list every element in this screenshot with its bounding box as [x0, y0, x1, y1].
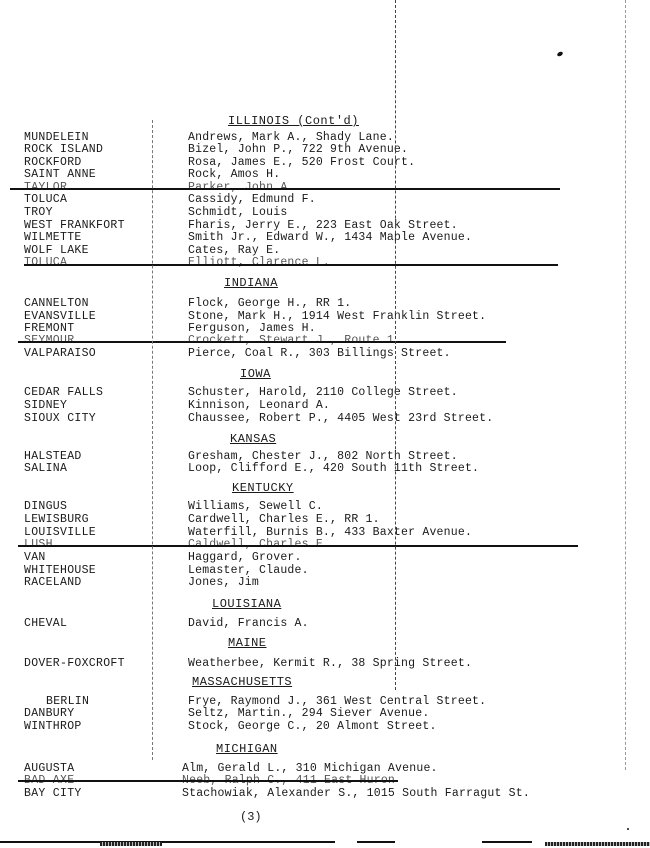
person: Chaussee, Robert P., 4405 West 23rd Stre… — [188, 412, 493, 425]
list-item: SIDNEYKinnison, Leonard A. — [0, 399, 650, 412]
person: David, Francis A. — [188, 617, 309, 630]
city: DINGUS — [24, 500, 67, 513]
strikethrough-line — [10, 188, 560, 190]
city: CEDAR FALLS — [24, 386, 103, 399]
list-item: WINTHROPStock, George C., 20 Almont Stre… — [0, 720, 650, 733]
list-item: RACELANDJones, Jim — [0, 576, 650, 589]
strikethrough-line — [18, 780, 398, 782]
list-item: WILMETTESmith Jr., Edward W., 1434 Maple… — [0, 231, 650, 244]
list-item: DINGUSWilliams, Sewell C. — [0, 500, 650, 513]
fold-line — [395, 0, 396, 690]
footer-line — [357, 841, 395, 843]
person: Kinnison, Leonard A. — [188, 399, 330, 412]
person: Weatherbee, Kermit R., 38 Spring Street. — [188, 657, 472, 670]
person: Stachowiak, Alexander S., 1015 South Far… — [182, 787, 530, 800]
person: Smith Jr., Edward W., 1434 Maple Avenue. — [188, 231, 472, 244]
page-number: (3) — [240, 810, 262, 824]
city: CANNELTON — [24, 297, 89, 310]
list-item: BAY CITYStachowiak, Alexander S., 1015 S… — [0, 787, 650, 800]
list-item: VALPARAISOPierce, Coal R., 303 Billings … — [0, 347, 650, 360]
section-header-massachusetts: MASSACHUSETTS — [192, 675, 292, 689]
person: Loop, Clifford E., 420 South 11th Street… — [188, 462, 479, 475]
margin-line — [625, 0, 626, 770]
city: TROY — [24, 206, 53, 219]
city: RACELAND — [24, 576, 82, 589]
list-item: CHEVALDavid, Francis A. — [0, 617, 650, 630]
list-item: SIOUX CITYChaussee, Robert P., 4405 West… — [0, 412, 650, 425]
city: TOLUCA — [24, 193, 67, 206]
list-item: VANHaggard, Grover. — [0, 551, 650, 564]
person: Cassidy, Edmund F. — [188, 193, 316, 206]
city: WINTHROP — [24, 720, 82, 733]
person: Schmidt, Louis — [188, 206, 287, 219]
list-item: DANBURYSeltz, Martin., 294 Siever Avenue… — [0, 707, 650, 720]
section-header-illinois: ILLINOIS (Cont'd) — [228, 114, 359, 128]
list-item: TOLUCACassidy, Edmund F. — [0, 193, 650, 206]
city: DOVER-FOXCROFT — [24, 657, 125, 670]
city: WILMETTE — [24, 231, 82, 244]
city: VAN — [24, 551, 46, 564]
list-item: LEWISBURGCardwell, Charles E., RR 1. — [0, 513, 650, 526]
person: Seltz, Martin., 294 Siever Avenue. — [188, 707, 429, 720]
person: Rock, Amos H. — [188, 168, 280, 181]
city: SIOUX CITY — [24, 412, 96, 425]
section-header-indiana: INDIANA — [224, 276, 278, 290]
scanned-document-page: ILLINOIS (Cont'd) MUNDELEINAndrews, Mark… — [0, 0, 650, 848]
list-item: TROYSchmidt, Louis — [0, 206, 650, 219]
list-item: CANNELTONFlock, George H., RR 1. — [0, 297, 650, 310]
section-header-kentucky: KENTUCKY — [232, 481, 294, 495]
person: Elliott, Clarence L. — [188, 256, 330, 269]
person: Jones, Jim — [188, 576, 259, 589]
strikethrough-line — [24, 264, 558, 266]
footer-line — [482, 841, 532, 843]
ink-speck — [627, 828, 629, 830]
list-item: CEDAR FALLSSchuster, Harold, 2110 Colleg… — [0, 386, 650, 399]
list-item-struck: TOLUCAElliott, Clarence L. — [0, 256, 650, 269]
person: Stock, George C., 20 Almont Street. — [188, 720, 437, 733]
list-item: SALINALoop, Clifford E., 420 South 11th … — [0, 462, 650, 475]
city: LEWISBURG — [24, 513, 89, 526]
person: Flock, George H., RR 1. — [188, 297, 351, 310]
city: SALINA — [24, 462, 67, 475]
city: VALPARAISO — [24, 347, 96, 360]
city: ROCK ISLAND — [24, 143, 103, 156]
city: SIDNEY — [24, 399, 67, 412]
section-header-louisiana: LOUISIANA — [212, 597, 281, 611]
person: Pierce, Coal R., 303 Billings Street. — [188, 347, 451, 360]
city: CHEVAL — [24, 617, 67, 630]
section-header-kansas: KANSAS — [230, 432, 276, 446]
person: Haggard, Grover. — [188, 551, 302, 564]
city: SAINT ANNE — [24, 168, 96, 181]
footer-mark — [545, 842, 650, 846]
ink-speck — [556, 51, 563, 57]
section-header-maine: MAINE — [228, 636, 267, 650]
city: BAY CITY — [24, 787, 82, 800]
city: TOLUCA — [24, 256, 67, 269]
person: Cardwell, Charles E., RR 1. — [188, 513, 380, 526]
list-item: SAINT ANNERock, Amos H. — [0, 168, 650, 181]
section-header-michigan: MICHIGAN — [216, 742, 278, 756]
footer-mark — [100, 842, 162, 846]
strikethrough-line — [18, 545, 578, 547]
person: Bizel, John P., 722 9th Avenue. — [188, 143, 408, 156]
person: Williams, Sewell C. — [188, 500, 323, 513]
list-item: DOVER-FOXCROFTWeatherbee, Kermit R., 38 … — [0, 657, 650, 670]
city: DANBURY — [24, 707, 74, 720]
strikethrough-line — [18, 341, 506, 343]
column-rule — [152, 120, 153, 760]
footer-line — [0, 841, 335, 843]
section-header-iowa: IOWA — [240, 367, 271, 381]
list-item: ROCK ISLANDBizel, John P., 722 9th Avenu… — [0, 143, 650, 156]
person: Schuster, Harold, 2110 College Street. — [188, 386, 458, 399]
